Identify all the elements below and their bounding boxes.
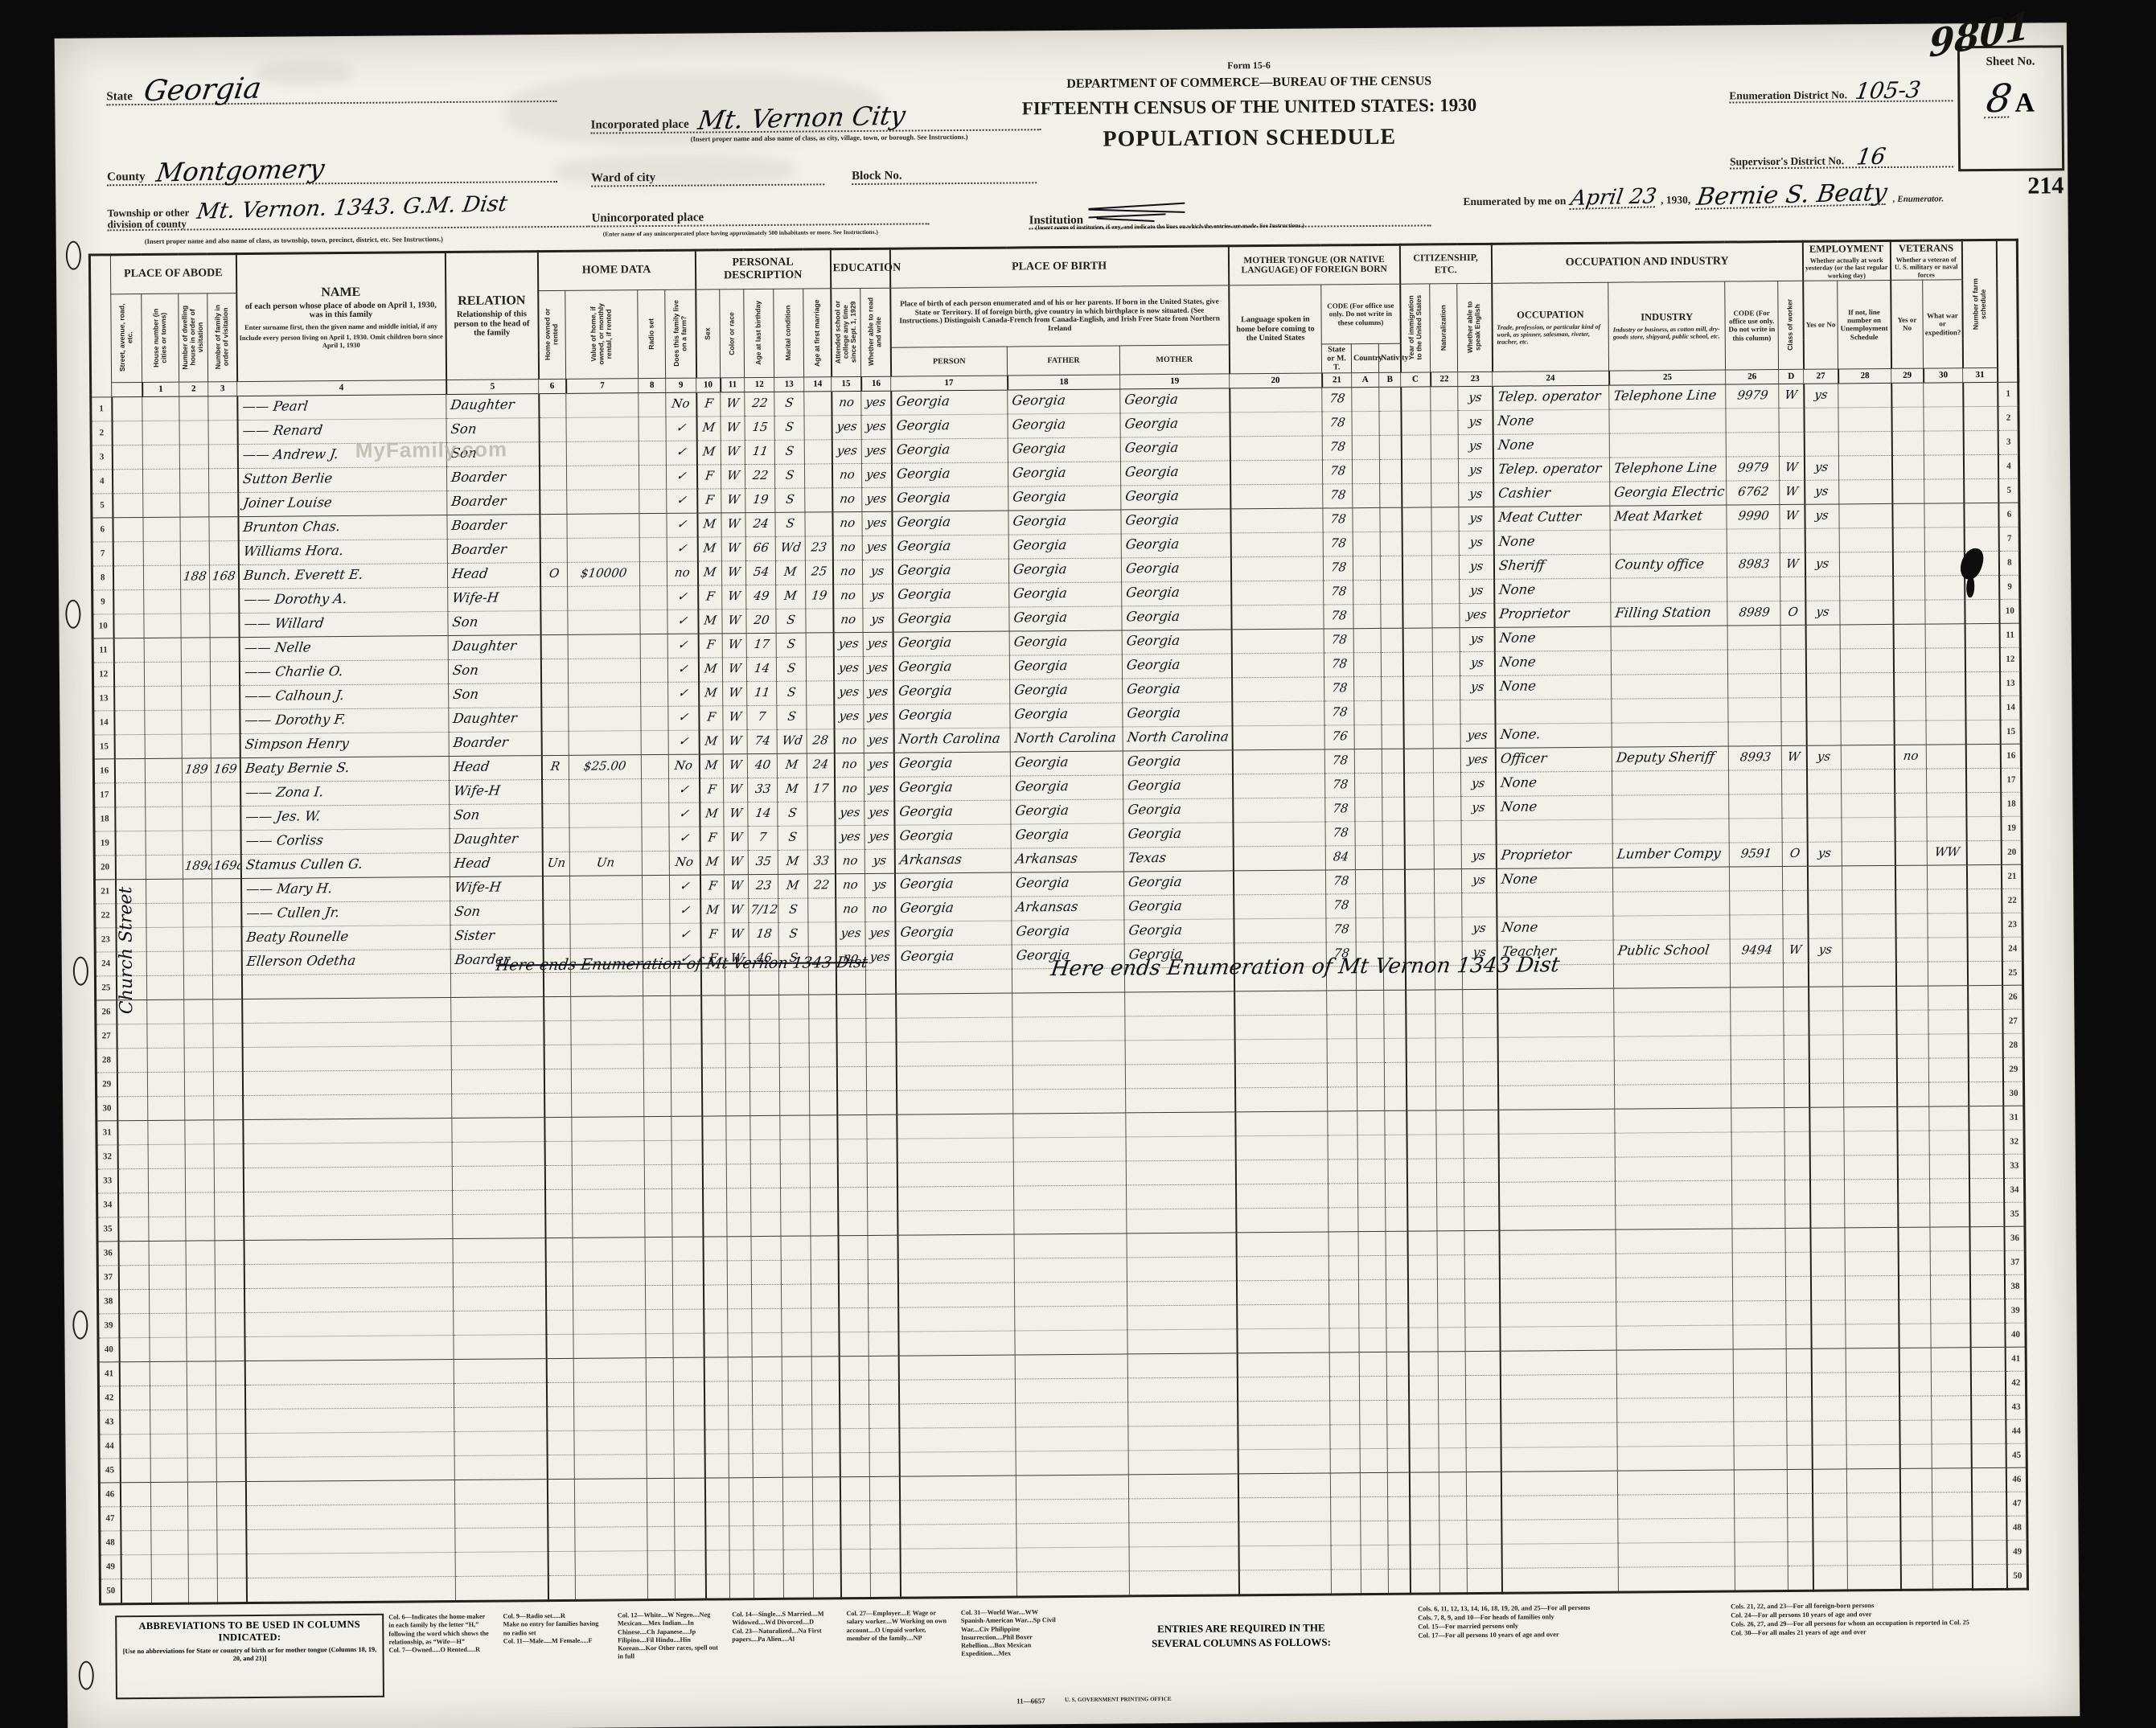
cell-ind <box>1610 529 1727 554</box>
cell-mar: S <box>778 898 808 922</box>
cell-mar: S <box>775 488 805 512</box>
cell-rw <box>870 1525 900 1549</box>
cell-fam <box>211 878 240 902</box>
cell-vet <box>1891 383 1924 407</box>
line-number: 40 <box>98 1338 119 1362</box>
column-number: 23 <box>1458 371 1493 386</box>
cell-rw: yes <box>861 439 891 463</box>
cell-rel: Daughter <box>446 393 539 418</box>
cell-color: W <box>721 512 745 536</box>
cell-occ <box>1498 1109 1615 1134</box>
column-number: 10 <box>696 378 721 392</box>
cell-ca <box>1329 1184 1358 1208</box>
cell-own <box>545 1213 573 1238</box>
cell-farm <box>671 1020 701 1044</box>
cell-eng: ys <box>1460 627 1494 651</box>
cell-agem <box>804 440 832 464</box>
cell-bp: Georgia <box>891 414 1008 439</box>
cell-vet <box>1899 1348 1931 1372</box>
cell-mar: M <box>778 850 807 874</box>
group-citizenship: CITIZENSHIP, ETC. <box>1399 244 1491 284</box>
cell-color <box>729 1574 754 1599</box>
cell-cls <box>1783 890 1808 914</box>
cell-age <box>753 1477 782 1501</box>
cell-eng <box>1461 820 1496 844</box>
column-number: 24 <box>1493 371 1609 386</box>
cell-bm <box>1126 1136 1235 1161</box>
cell-cd <box>1726 432 1779 457</box>
cell-house <box>148 1144 185 1168</box>
cell-occ <box>1498 1133 1615 1158</box>
cell-ind <box>1616 1229 1732 1254</box>
cell-age: 49 <box>746 585 776 609</box>
cell-name <box>244 1190 453 1216</box>
column-number: 29 <box>1891 368 1924 383</box>
cell-cd <box>1730 866 1783 891</box>
cell-war <box>1924 503 1964 527</box>
cell-vet <box>1895 889 1928 913</box>
cell-war <box>1928 1034 1968 1058</box>
cell-eng: ys <box>1460 579 1494 603</box>
cell-name: Beaty Rounelle <box>241 925 450 950</box>
cell-occ <box>1497 1036 1614 1061</box>
cell-name <box>245 1480 454 1505</box>
cell-rel <box>453 1262 545 1287</box>
cell-fs <box>1971 1371 2006 1395</box>
cell-val <box>575 1526 647 1551</box>
cell-dwell: 189 <box>182 758 211 782</box>
cell-bp <box>895 969 1012 994</box>
cell-ind <box>1616 1277 1733 1302</box>
cell-un <box>1847 1565 1900 1590</box>
cell-sex: M <box>697 561 721 585</box>
cell-dwell <box>183 903 212 927</box>
cell-bm <box>1129 1522 1238 1547</box>
cell-un <box>1846 1299 1899 1324</box>
cell-dwell <box>187 1458 216 1482</box>
cell-own <box>547 1406 574 1430</box>
cell-ca: 78 <box>1326 894 1356 918</box>
cell-farm: ✓ <box>669 827 700 851</box>
cell-rw: yes <box>864 680 893 704</box>
cell-emp <box>1809 1059 1843 1083</box>
line-number-right: 50 <box>2006 1564 2027 1589</box>
cell-street <box>113 493 143 517</box>
cell-nat <box>1435 1037 1463 1061</box>
cell-name: Ellerson Odetha <box>241 949 450 975</box>
cell-cd: 9979 <box>1727 456 1780 481</box>
cell-rel <box>451 1045 544 1069</box>
cell-vet <box>1899 1468 1932 1492</box>
cell-fam <box>215 1192 244 1216</box>
cell-dwell <box>181 614 210 638</box>
cell-name: Beaty Bernie S. <box>240 756 449 782</box>
cell-emp: ys <box>1804 384 1838 408</box>
cell-cls <box>1782 794 1807 818</box>
cell-cb <box>1360 1400 1387 1424</box>
cell-bp <box>898 1379 1015 1404</box>
cell-house <box>150 1313 187 1337</box>
cell-cd: 9990 <box>1727 504 1780 529</box>
cell-bf <box>1012 1040 1125 1065</box>
cell-cd <box>1734 1397 1787 1422</box>
cell-mar <box>782 1477 812 1501</box>
cell-eng <box>1464 1134 1498 1158</box>
cell-house <box>150 1361 187 1385</box>
line-number-right: 33 <box>2003 1154 2024 1178</box>
cell-agem <box>811 1212 838 1236</box>
column-code-c: Nativity <box>1378 343 1400 372</box>
place-of-birth-description: Place of birth of each person enumerated… <box>890 285 1230 347</box>
cell-age: 22 <box>745 464 775 488</box>
cell-color: W <box>724 826 748 850</box>
enumerated-year: , 1930, <box>1661 195 1690 206</box>
cell-bp: Georgia <box>892 462 1008 487</box>
cell-cd <box>1731 1059 1784 1084</box>
cell-rw <box>865 970 895 994</box>
cell-street <box>113 565 143 589</box>
cell-name: —— Dorothy A. <box>239 587 448 613</box>
cell-agem <box>812 1429 840 1453</box>
cell-street <box>119 1385 150 1410</box>
line-number-right: 13 <box>2000 671 2021 696</box>
cell-bm <box>1127 1233 1236 1258</box>
cell-eng: ys <box>1458 410 1493 434</box>
cell-cd <box>1732 1180 1785 1205</box>
cell-emp <box>1807 794 1842 818</box>
cell-eng <box>1465 1279 1500 1303</box>
cell-val: $25.00 <box>569 754 641 779</box>
cell-fam: 169a <box>211 854 240 878</box>
cell-ind <box>1612 698 1728 723</box>
cell-ca <box>1329 1256 1358 1280</box>
cell-occ <box>1500 1278 1616 1303</box>
cell-nat <box>1431 556 1459 580</box>
cell-mar <box>781 1236 811 1260</box>
cell-nat <box>1435 868 1462 893</box>
cell-cls <box>1785 1180 1810 1204</box>
cell-dwell <box>183 831 211 855</box>
line-number-right: 41 <box>2005 1347 2026 1371</box>
cell-occ: Telep. operator <box>1493 458 1610 482</box>
cell-ind <box>1618 1566 1735 1592</box>
cell-sch: yes <box>833 632 863 656</box>
cell-mar: S <box>775 464 805 488</box>
line-number-right: 34 <box>2004 1178 2025 1202</box>
cell-house <box>146 951 183 975</box>
cell-fam <box>213 1023 242 1047</box>
footer-note: Col. 14—Single....S Married....M Widowed… <box>732 1610 836 1691</box>
column-war: What war or expedition? <box>1923 280 1963 368</box>
cell-cc <box>1380 483 1402 507</box>
cell-ca <box>1327 1015 1357 1039</box>
cell-mar <box>782 1332 811 1357</box>
cell-bp <box>896 1041 1012 1066</box>
cell-house <box>148 1120 185 1144</box>
cell-bf: North Carolina <box>1010 727 1123 752</box>
cell-un <box>1844 1131 1897 1155</box>
cell-cd <box>1727 528 1780 553</box>
cell-own <box>540 514 567 538</box>
cell-fs <box>1964 503 1998 527</box>
column-street: Street, avenue, road, etc. <box>111 293 142 382</box>
cell-val <box>571 995 643 1020</box>
cell-emp <box>1809 1035 1843 1059</box>
cell-name <box>244 1214 453 1240</box>
cell-farm: ✓ <box>667 610 698 634</box>
cell-cb <box>1359 1376 1386 1400</box>
column-number: C <box>1401 372 1431 387</box>
sheet-value: 8 <box>1984 81 2014 118</box>
cell-cc <box>1385 1159 1407 1183</box>
cell-farm <box>674 1406 704 1430</box>
cell-bm: Georgia <box>1120 388 1230 413</box>
cell-vet <box>1896 986 1928 1010</box>
cell-fam <box>213 1071 242 1095</box>
cell-cc <box>1385 1086 1407 1110</box>
cell-cb <box>1358 1207 1386 1231</box>
cell-bf <box>1016 1475 1128 1500</box>
cell-rw <box>869 1476 899 1500</box>
cell-age <box>750 1164 780 1188</box>
cell-val: $10000 <box>567 562 639 587</box>
cell-bf: Georgia <box>1008 510 1121 535</box>
cell-rel <box>451 1020 544 1045</box>
cell-ind <box>1618 1542 1735 1567</box>
county-value: Montgomery <box>154 157 326 184</box>
cell-rw: yes <box>864 777 894 801</box>
cell-fam <box>212 926 241 950</box>
cell-dwell <box>183 951 212 975</box>
cell-street <box>120 1458 150 1482</box>
cell-name <box>242 997 451 1023</box>
cell-street <box>120 1482 150 1506</box>
cell-bp: Georgia <box>894 800 1011 825</box>
cell-war <box>1932 1396 1971 1420</box>
cell-fam <box>217 1505 246 1529</box>
form-number: Form 15-6 <box>1020 58 1478 73</box>
cell-agem <box>809 1067 836 1091</box>
column-age: Age at last birthday <box>744 289 774 377</box>
cell-fs <box>1968 1033 2002 1057</box>
cell-agem <box>811 1260 838 1284</box>
cell-rw: yes <box>865 946 895 970</box>
cell-street <box>121 1578 151 1603</box>
line-number: 21 <box>94 880 115 904</box>
cell-color <box>727 1188 751 1212</box>
cell-cb <box>1357 1014 1384 1038</box>
cell-ind: Filling Station <box>1611 601 1727 626</box>
cell-val <box>573 1285 645 1310</box>
cell-vet <box>1900 1541 1932 1565</box>
cell-cc <box>1386 1352 1408 1376</box>
cell-name: —— Charlie O. <box>239 659 448 685</box>
cell-ca <box>1330 1473 1360 1497</box>
cell-dwell <box>187 1434 216 1458</box>
line-number-right: 38 <box>2005 1274 2026 1299</box>
cell-name <box>244 1335 454 1361</box>
cell-lang <box>1237 1328 1329 1353</box>
cell-cls <box>1780 577 1805 601</box>
cell-occ <box>1501 1374 1617 1399</box>
cell-mar <box>780 1164 810 1188</box>
line-number: 18 <box>94 807 115 831</box>
cell-emp <box>1809 1107 1844 1131</box>
cell-age <box>750 1091 780 1115</box>
cell-ind <box>1617 1373 1734 1398</box>
cell-fs <box>1968 1009 2002 1033</box>
cell-un <box>1846 1372 1899 1397</box>
cell-own <box>540 538 567 562</box>
line-number: 11 <box>92 638 113 663</box>
cell-eng: ys <box>1459 507 1493 531</box>
line-number-right: 23 <box>2002 913 2023 937</box>
cell-farm: ✓ <box>668 682 699 706</box>
cell-cd <box>1735 1566 1788 1591</box>
cell-radio <box>647 1502 675 1526</box>
cell-house <box>147 1024 184 1048</box>
cell-val <box>566 466 639 490</box>
group-personal-description: PERSONAL DESCRIPTION <box>695 249 830 289</box>
line-number: 29 <box>96 1073 117 1097</box>
cell-emp: ys <box>1806 745 1841 770</box>
cell-occ: None <box>1494 651 1611 675</box>
cell-imm <box>1402 580 1432 604</box>
cell-rel <box>454 1310 546 1335</box>
cell-ind <box>1614 1012 1731 1036</box>
cell-house <box>143 493 180 517</box>
cell-cls: W <box>1780 456 1805 480</box>
cell-cd: 6762 <box>1727 480 1780 505</box>
cell-war <box>1927 817 1966 841</box>
cell-mar <box>779 1019 809 1043</box>
cell-cls <box>1785 1252 1810 1276</box>
cell-cb <box>1359 1352 1386 1376</box>
cell-imm <box>1402 483 1431 507</box>
institution-scribble <box>1088 202 1185 224</box>
line-number-right: 1 <box>1998 382 2018 406</box>
cell-ind <box>1611 577 1727 602</box>
cell-name: —— Calhoun J. <box>240 683 449 709</box>
cell-color: W <box>723 753 747 778</box>
cell-fam <box>213 1047 242 1071</box>
cell-lang <box>1234 870 1326 895</box>
cell-vet <box>1896 1010 1928 1034</box>
cell-fs <box>1968 985 2002 1009</box>
cell-bm: Georgia <box>1121 461 1230 486</box>
cell-occ: Cashier <box>1493 482 1610 507</box>
cell-sch <box>837 1139 867 1163</box>
cell-emp <box>1806 673 1841 697</box>
cell-age: 19 <box>745 488 775 512</box>
cell-cls <box>1780 625 1805 649</box>
cell-val <box>569 827 642 852</box>
cell-rw <box>869 1404 899 1428</box>
cell-vet <box>1893 624 1925 648</box>
cell-sex <box>704 1309 728 1333</box>
cell-imm <box>1407 1159 1436 1183</box>
cell-farm <box>673 1309 704 1333</box>
cell-emp <box>1807 818 1842 842</box>
cell-vet <box>1899 1420 1932 1444</box>
cell-ca: 78 <box>1323 508 1353 532</box>
cell-ind <box>1618 1518 1735 1543</box>
group-name: NAME of each person whose place of abode… <box>236 252 446 382</box>
cell-emp <box>1812 1469 1846 1493</box>
cell-ind: County office <box>1611 553 1727 578</box>
cell-color <box>728 1381 752 1405</box>
cell-dwell <box>187 1385 216 1410</box>
column-number: 27 <box>1804 369 1838 384</box>
cell-farm: no <box>667 561 697 585</box>
cell-vet <box>1897 1155 1929 1179</box>
cell-street <box>113 541 143 565</box>
cell-ca <box>1331 1497 1361 1521</box>
cell-rel: Head <box>450 852 542 876</box>
footer-note: Cols. 6, 11, 12, 13, 14, 16, 18, 19, 20,… <box>1418 1603 1717 1686</box>
cell-sex: M <box>696 417 721 441</box>
cell-bm: Georgia <box>1121 533 1230 558</box>
line-number: 48 <box>100 1531 121 1555</box>
cell-mar <box>782 1284 811 1308</box>
cell-radio <box>646 1381 673 1406</box>
cell-rw: yes <box>863 656 893 680</box>
cell-fam <box>211 806 240 830</box>
cell-ca <box>1327 1039 1357 1063</box>
cell-war <box>1926 672 1965 696</box>
cell-radio <box>644 1116 671 1140</box>
cell-mar: S <box>778 826 807 850</box>
cell-agem <box>810 1091 837 1115</box>
cell-agem: 33 <box>807 850 835 874</box>
cell-age <box>751 1260 781 1284</box>
cell-fs <box>1965 696 2000 720</box>
cell-un <box>1845 1179 1898 1204</box>
cell-val <box>573 1261 645 1286</box>
cell-sex <box>701 1020 725 1044</box>
cell-val <box>568 610 640 635</box>
cell-sex: F <box>697 489 721 513</box>
cell-fs <box>1971 1419 2006 1443</box>
cell-ind <box>1617 1398 1734 1422</box>
cell-fs <box>1966 840 2001 864</box>
cell-lang <box>1230 484 1323 509</box>
cell-street <box>118 1289 149 1313</box>
cell-rw: ys <box>863 584 893 608</box>
cell-war <box>1925 600 1965 624</box>
cell-val <box>574 1406 647 1430</box>
cell-dwell <box>179 396 208 421</box>
cell-fam <box>217 1578 246 1603</box>
cell-dwell <box>183 807 211 831</box>
incorporated-field: Incorporated place Mt. Vernon City <box>590 105 1041 133</box>
cell-nat <box>1438 1351 1465 1375</box>
cell-lang <box>1235 1087 1328 1112</box>
cell-fam <box>214 1119 243 1143</box>
cell-radio <box>642 778 669 802</box>
cell-color: W <box>721 392 745 416</box>
cell-rw <box>866 1066 896 1090</box>
column-number: 12 <box>745 377 774 392</box>
cell-radio <box>640 658 667 682</box>
cell-vet <box>1891 431 1924 455</box>
cell-house <box>150 1337 187 1361</box>
cell-eng: ys <box>1460 675 1495 700</box>
cell-rel <box>454 1479 547 1504</box>
cell-lang <box>1233 774 1325 798</box>
cell-house <box>145 734 182 758</box>
cell-agem <box>809 1043 836 1067</box>
